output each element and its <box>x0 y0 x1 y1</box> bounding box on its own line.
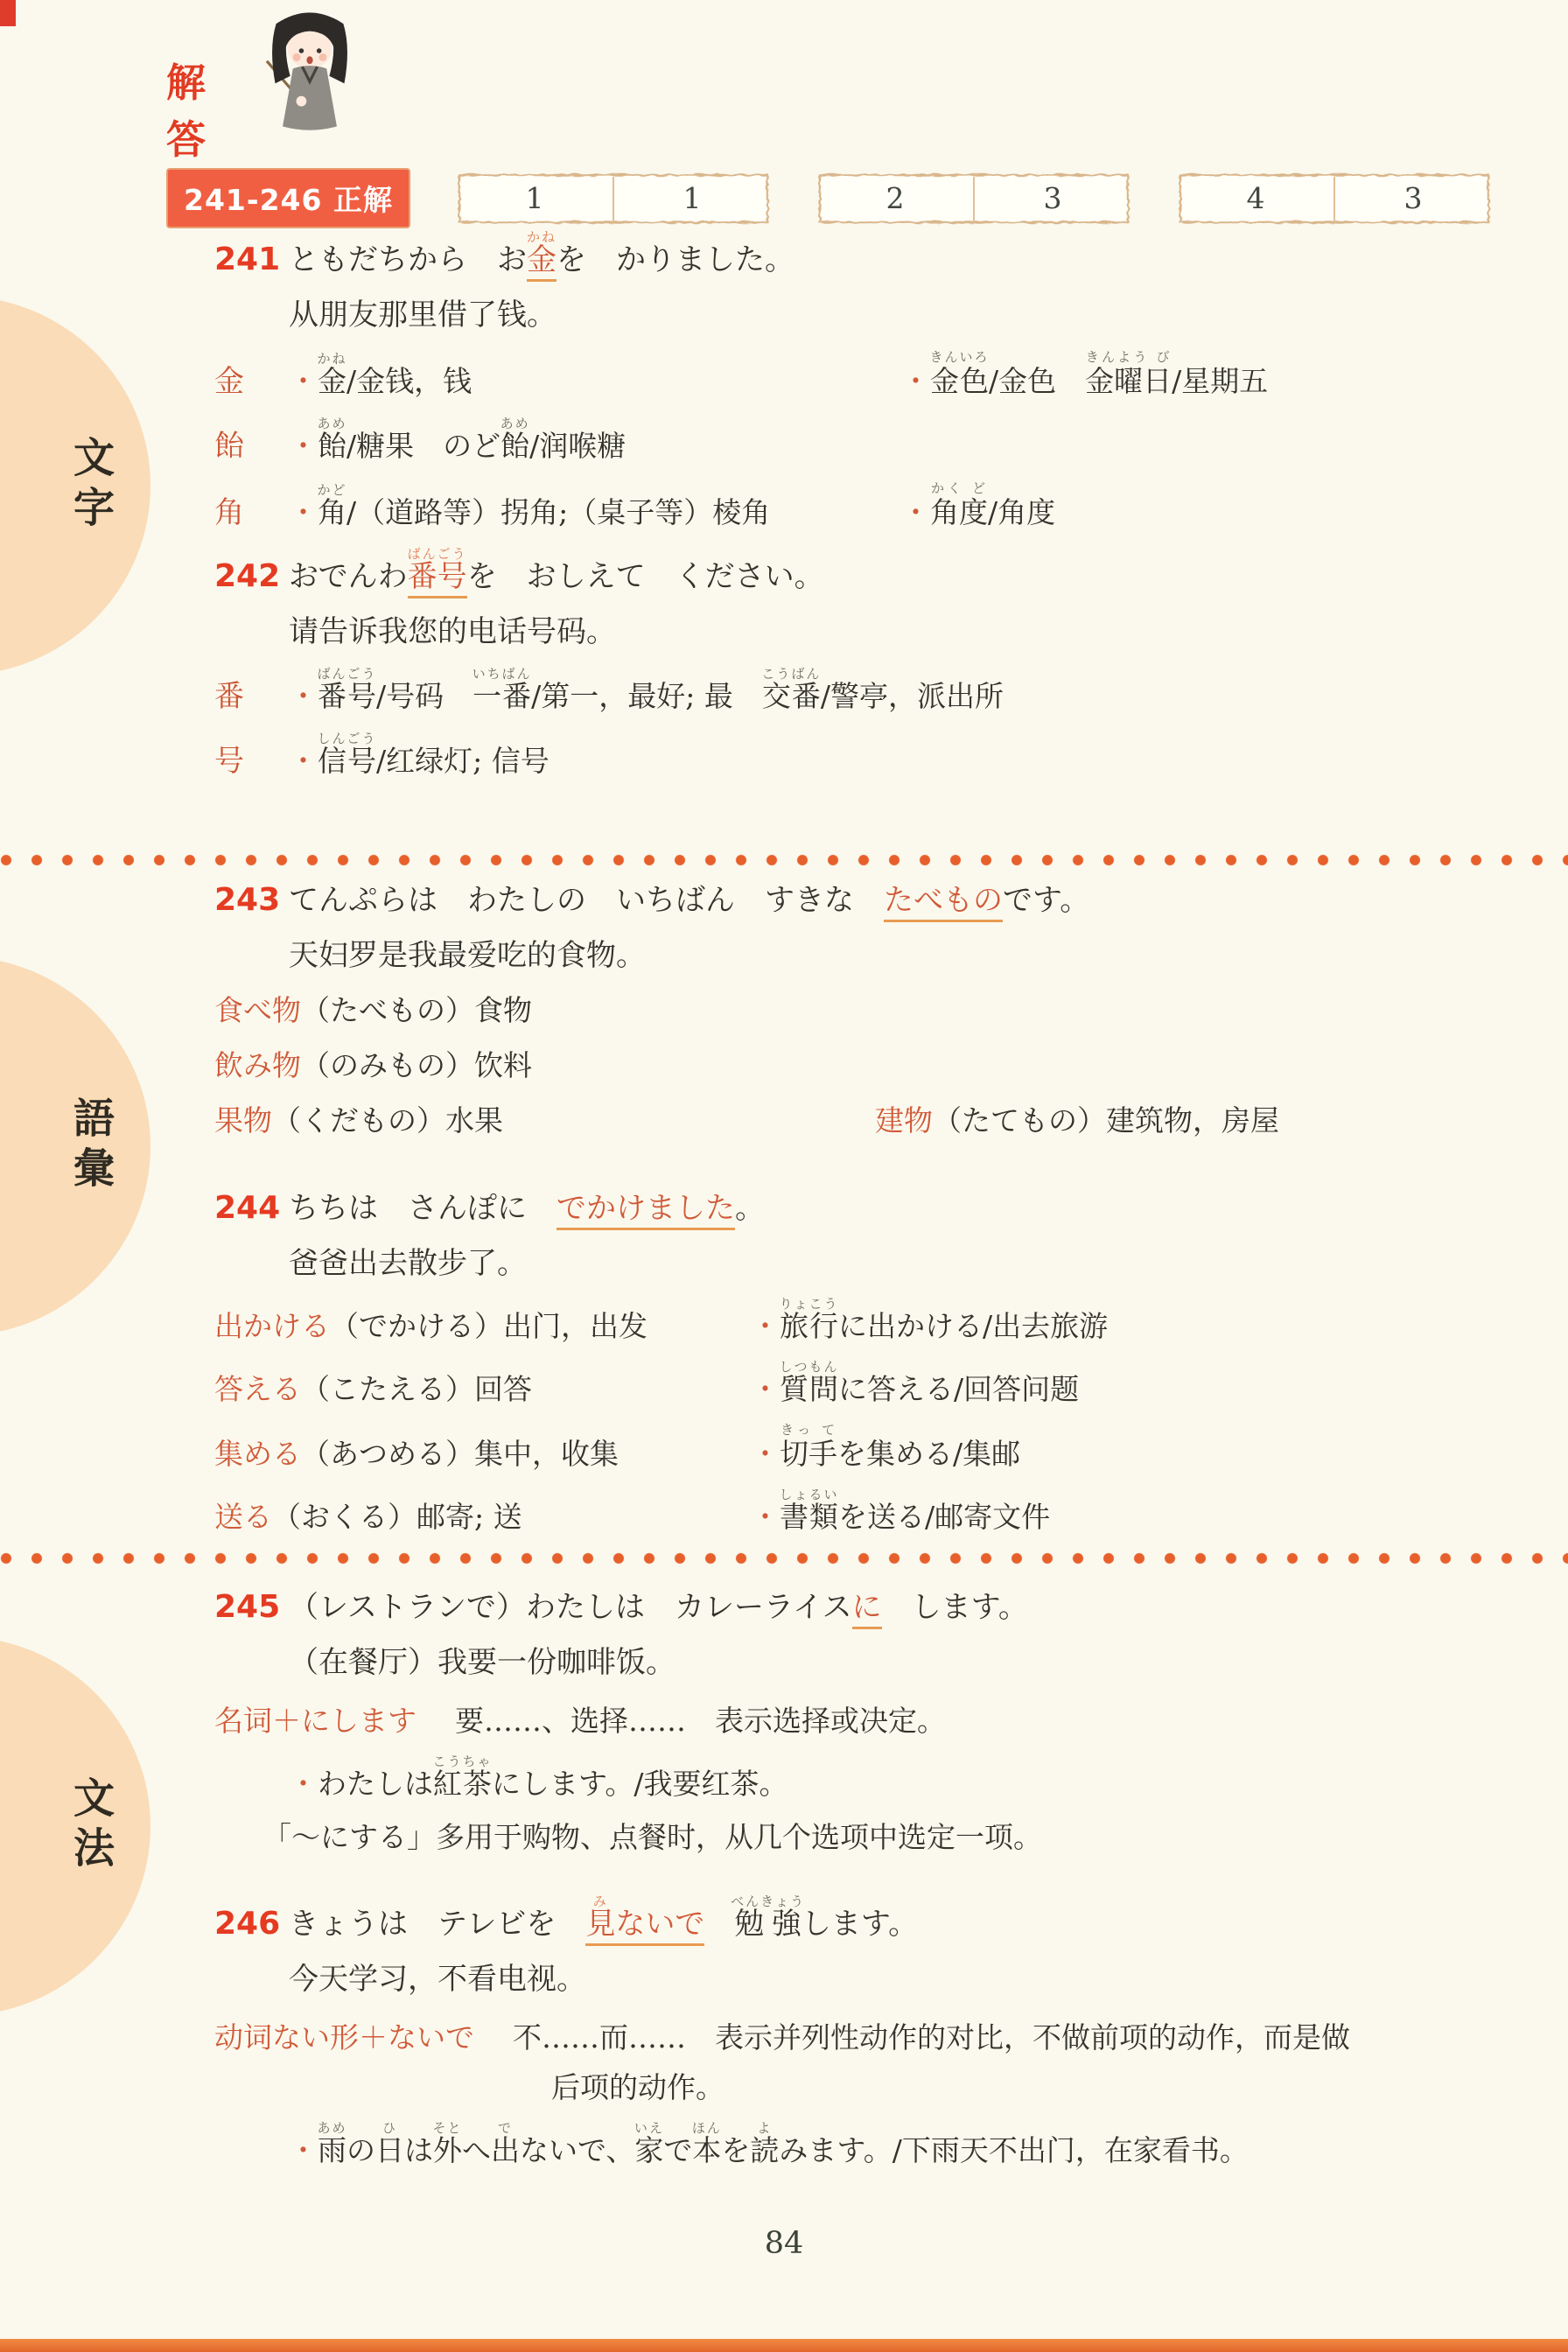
question-translation-cn: 从朋友那里借了钱。 <box>289 290 1520 333</box>
question-245: 245 （レストランで）わたしは カレーライスに します。 （在餐厅）我要一份咖… <box>214 1589 1520 1856</box>
answer-cell: 1 <box>456 171 613 226</box>
answer-cell: 3 <box>974 171 1131 226</box>
vocab-row: 号 ・信号しんごう/红绿灯; 信号 <box>214 731 1520 780</box>
tab-bunpo-label: 文法 <box>61 1776 120 1876</box>
vocab-entry: 食べ物（たべもの）食物 <box>214 988 875 1029</box>
vocab-example: ・質問しつもんに答える/回答问题 <box>751 1359 1520 1408</box>
vocab-example: ・旅行りょこうに出かける/出去旅游 <box>751 1296 1520 1345</box>
grammar-row: 名词＋にします 要……、选择…… 表示选择或决定。 <box>214 1698 1520 1739</box>
vocab-example: ・切手きっ てを集める/集邮 <box>751 1422 1520 1473</box>
vocab-entry: 建物（たてもの）建筑物，房屋 <box>875 1098 1520 1139</box>
answer-box-pair: 2 3 <box>816 171 1131 226</box>
grammar-explanation: 不……而…… 表示并列性动作的对比，不做前项的动作，而是做 <box>513 2015 1350 2056</box>
vocab-entry: 答える（こたえる）回答 <box>214 1367 751 1408</box>
answer-box-pair: 1 1 <box>456 171 771 226</box>
vocab-row: 金 ・金かね/金钱，钱 ・金色きんいろ/金色 金曜日きんよう び/星期五 <box>214 349 1520 400</box>
vocab-examples: ・角度かく ど/角度 <box>901 480 1520 531</box>
vocab-kanji: 番 <box>214 672 289 715</box>
tab-circle <box>0 956 150 1336</box>
answer-cell: 3 <box>1334 171 1492 226</box>
question-number: 244 <box>214 1190 289 1226</box>
dotted-divider <box>0 1552 1568 1564</box>
grammar-example: ・わたしは紅茶こうちゃにします。/我要红茶。 <box>289 1753 1520 1802</box>
question-translation-cn: 爸爸出去散步了。 <box>289 1239 1520 1282</box>
page-number: 84 <box>0 2226 1568 2261</box>
vocab-row: 角 ・角かど/（道路等）拐角;（桌子等）棱角 ・角度かく ど/角度 <box>214 480 1520 531</box>
question-sentence-jp: てんぷらは わたしの いちばん すきな たべものです。 <box>289 882 1089 920</box>
question-sentence-jp: きょうは テレビを 見みないで 勉強べんきょうします。 <box>289 1893 918 1944</box>
answer-box-pair: 4 3 <box>1177 171 1492 226</box>
answer-range-badge: 241-246 正解 <box>166 168 410 228</box>
question-244: 244 ちちは さんぽに でかけました。 爸爸出去散步了。 出かける（でかける）… <box>214 1190 1520 1536</box>
answer-cell: 2 <box>816 171 974 226</box>
vocab-entry: 果物（くだもの）水果 <box>214 1098 875 1139</box>
vocab-row: 番 ・番号ばんごう/号码 一番いちばん/第一，最好; 最 交番こうばん/警亭，派… <box>214 666 1520 715</box>
answer-key-bar: 241-246 正解 1 1 2 3 4 3 <box>166 168 1492 228</box>
grammar-example: ・雨あめの日ひは外そとへ出でないで、家いえで本ほんを読よみます。/下雨天不出门，… <box>289 2120 1520 2169</box>
tab-moji-label: 文字 <box>61 436 120 535</box>
question-sentence-jp: ちちは さんぽに でかけました。 <box>289 1190 765 1228</box>
question-sentence-jp: （レストランで）わたしは カレーライスに します。 <box>289 1589 1028 1627</box>
teacher-girl-illustration <box>254 9 366 133</box>
vocab-kanji: 角 <box>214 488 289 531</box>
vocab-entry: ・番号ばんごう/号码 一番いちばん/第一，最好; 最 交番こうばん/警亭，派出所 <box>289 666 1520 715</box>
vocab-entry: ・飴あめ/糖果 のど飴あめ/润喉糖 <box>289 416 901 465</box>
vocab-entry: 出かける（でかける）出门，出发 <box>214 1304 751 1345</box>
grammar-note: 「～にする」多用于购物、点餐时，从几个选项中选定一项。 <box>262 1815 1520 1856</box>
page-title: 解答 <box>166 51 206 164</box>
grammar-pattern: 名词＋にします <box>214 1698 416 1739</box>
vocab-kanji: 号 <box>214 737 289 780</box>
answer-cell: 1 <box>613 171 771 226</box>
grammar-row: 动词ない形＋ないで 不……而…… 表示并列性动作的对比，不做前项的动作，而是做 <box>214 2015 1520 2056</box>
vocab-row: 飲み物（のみもの）饮料 <box>214 1043 1520 1084</box>
vocab-row: 食べ物（たべもの）食物 <box>214 988 1520 1029</box>
question-translation-cn: 天妇罗是我最爱吃的食物。 <box>289 931 1520 974</box>
vocab-example: ・書類しょるいを送る/邮寄文件 <box>751 1487 1520 1536</box>
vocab-entry: ・金かね/金钱，钱 <box>289 351 901 400</box>
vocab-examples: ・金色きんいろ/金色 金曜日きんよう び/星期五 <box>901 349 1520 400</box>
vocab-row: 答える（こたえる）回答 ・質問しつもんに答える/回答问题 <box>214 1359 1520 1408</box>
vocab-row: 送る（おくる）邮寄; 送 ・書類しょるいを送る/邮寄文件 <box>214 1487 1520 1536</box>
question-number: 246 <box>214 1906 289 1942</box>
grammar-explanation-cont: 后项的动作。 <box>551 2065 1520 2106</box>
bottom-bar <box>0 2339 1568 2352</box>
tab-circle <box>0 1636 150 2016</box>
vocab-row: 集める（あつめる）集中，收集 ・切手きっ てを集める/集邮 <box>214 1422 1520 1473</box>
vocab-kanji: 飴 <box>214 422 289 465</box>
vocab-entry: 集める（あつめる）集中，收集 <box>214 1431 751 1473</box>
question-243: 243 てんぷらは わたしの いちばん すきな たべものです。 天妇罗是我最爱吃… <box>214 882 1520 1139</box>
corner-mark <box>0 0 16 26</box>
grammar-explanation: 要……、选择…… 表示选择或决定。 <box>455 1698 946 1739</box>
vocab-entry: 飲み物（のみもの）饮料 <box>214 1043 875 1084</box>
question-translation-cn: 今天学习，不看电视。 <box>289 1955 1520 1998</box>
question-sentence-jp: おでんわ番号ばんごうを おしえて ください。 <box>289 546 824 597</box>
vocab-entry: ・信号しんごう/红绿灯; 信号 <box>289 731 1520 780</box>
vocab-row: 果物（くだもの）水果 建物（たてもの）建筑物，房屋 <box>214 1098 1520 1139</box>
question-translation-cn: （在餐厅）我要一份咖啡饭。 <box>289 1638 1520 1681</box>
question-242: 242 おでんわ番号ばんごうを おしえて ください。 请告诉我您的电话号码。 番… <box>214 546 1520 780</box>
question-246: 246 きょうは テレビを 見みないで 勉強べんきょうします。 今天学习，不看电… <box>214 1893 1520 2169</box>
question-number: 245 <box>214 1589 289 1625</box>
question-number: 242 <box>214 558 289 594</box>
tab-circle <box>0 296 150 675</box>
question-241: 241 ともだちから お金かねを かりました。 从朋友那里借了钱。 金 ・金かね… <box>214 229 1520 531</box>
question-sentence-jp: ともだちから お金かねを かりました。 <box>289 229 794 280</box>
vocab-row: 出かける（でかける）出门，出发 ・旅行りょこうに出かける/出去旅游 <box>214 1296 1520 1345</box>
vocab-entry: 送る（おくる）邮寄; 送 <box>214 1494 751 1536</box>
vocab-entry: ・角かど/（道路等）拐角;（桌子等）棱角 <box>289 482 901 531</box>
tab-goi-label: 語彙 <box>61 1096 120 1196</box>
answer-cell: 4 <box>1177 171 1334 226</box>
vocab-row: 飴 ・飴あめ/糖果 のど飴あめ/润喉糖 <box>214 416 1520 465</box>
vocab-kanji: 金 <box>214 357 289 400</box>
dotted-divider <box>0 854 1568 866</box>
question-number: 243 <box>214 882 289 918</box>
question-translation-cn: 请告诉我您的电话号码。 <box>289 607 1520 650</box>
question-number: 241 <box>214 241 289 277</box>
grammar-pattern: 动词ない形＋ないで <box>214 2015 474 2056</box>
